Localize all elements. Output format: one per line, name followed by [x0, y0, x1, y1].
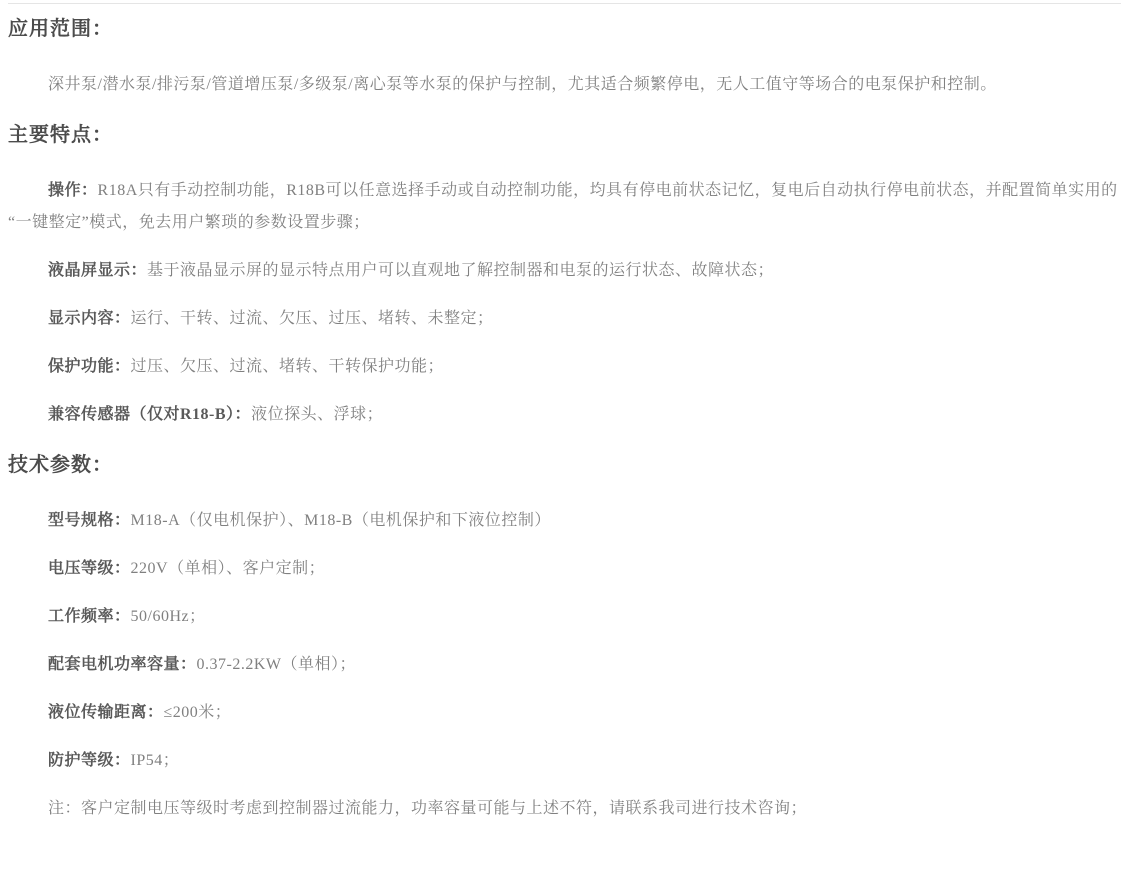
note-paragraph: 注：客户定制电压等级时考虑到控制器过流能力，功率容量可能与上述不符，请联系我司进… [8, 793, 1121, 825]
spec-label: 型号规格： [48, 512, 131, 529]
feature-label: 兼容传感器（仅对R18-B）： [48, 406, 251, 423]
spec-text: 220V（单相）、客户定制； [131, 560, 326, 577]
spec-label: 电压等级： [48, 560, 131, 577]
feature-label: 操作： [48, 182, 98, 199]
spec-text: 0.37-2.2KW（单相）； [197, 656, 357, 673]
spec-label: 液位传输距离： [48, 704, 164, 721]
section-heading-application-scope: 应用范围： [8, 16, 1121, 43]
spec-label: 防护等级： [48, 752, 131, 769]
spec-item-frequency: 工作频率：50/60Hz； [8, 601, 1121, 633]
spec-text: M18-A（仅电机保护）、M18-B（电机保护和下液位控制） [131, 512, 551, 529]
section-heading-technical-parameters: 技术参数： [8, 452, 1121, 479]
spec-label: 配套电机功率容量： [48, 656, 197, 673]
spec-item-motor-power: 配套电机功率容量：0.37-2.2KW（单相）； [8, 649, 1121, 681]
spec-text: 50/60Hz； [131, 608, 206, 625]
spec-item-model: 型号规格：M18-A（仅电机保护）、M18-B（电机保护和下液位控制） [8, 505, 1121, 537]
feature-item-protection: 保护功能：过压、欠压、过流、堵转、干转保护功能； [8, 351, 1121, 383]
feature-item-display-content: 显示内容：运行、干转、过流、欠压、过压、堵转、未整定； [8, 303, 1121, 335]
spec-item-liquid-level-distance: 液位传输距离：≤200米； [8, 697, 1121, 729]
spec-item-voltage: 电压等级：220V（单相）、客户定制； [8, 553, 1121, 585]
top-divider [8, 3, 1121, 4]
spec-text: ≤200米； [164, 704, 232, 721]
feature-label: 液晶屏显示： [48, 262, 147, 279]
feature-label: 保护功能： [48, 358, 131, 375]
spec-item-ip-rating: 防护等级：IP54； [8, 745, 1121, 777]
feature-item-operation: 操作：R18A只有手动控制功能，R18B可以任意选择手动或自动控制功能，均具有停… [8, 175, 1121, 239]
feature-text: 基于液晶显示屏的显示特点用户可以直观地了解控制器和电泵的运行状态、故障状态； [147, 262, 774, 279]
feature-text: 运行、干转、过流、欠压、过压、堵转、未整定； [131, 310, 494, 327]
feature-text: 过压、欠压、过流、堵转、干转保护功能； [131, 358, 445, 375]
feature-text: 液位探头、浮球； [251, 406, 383, 423]
application-scope-paragraph: 深井泵/潜水泵/排污泵/管道增压泵/多级泵/离心泵等水泵的保护与控制，尤其适合频… [8, 69, 1121, 101]
feature-item-compatible-sensors: 兼容传感器（仅对R18-B）：液位探头、浮球； [8, 399, 1121, 431]
document-page: 应用范围： 深井泵/潜水泵/排污泵/管道增压泵/多级泵/离心泵等水泵的保护与控制… [0, 0, 1129, 872]
section-heading-main-features: 主要特点： [8, 122, 1121, 149]
paragraph-text: 深井泵/潜水泵/排污泵/管道增压泵/多级泵/离心泵等水泵的保护与控制，尤其适合频… [48, 76, 997, 93]
feature-label: 显示内容： [48, 310, 131, 327]
note-label: 注： [48, 800, 81, 817]
feature-item-lcd-display: 液晶屏显示：基于液晶显示屏的显示特点用户可以直观地了解控制器和电泵的运行状态、故… [8, 255, 1121, 287]
note-text: 客户定制电压等级时考虑到控制器过流能力，功率容量可能与上述不符，请联系我司进行技… [81, 800, 807, 817]
feature-text: R18A只有手动控制功能，R18B可以任意选择手动或自动控制功能，均具有停电前状… [8, 182, 1118, 231]
spec-label: 工作频率： [48, 608, 131, 625]
spec-text: IP54； [131, 752, 180, 769]
